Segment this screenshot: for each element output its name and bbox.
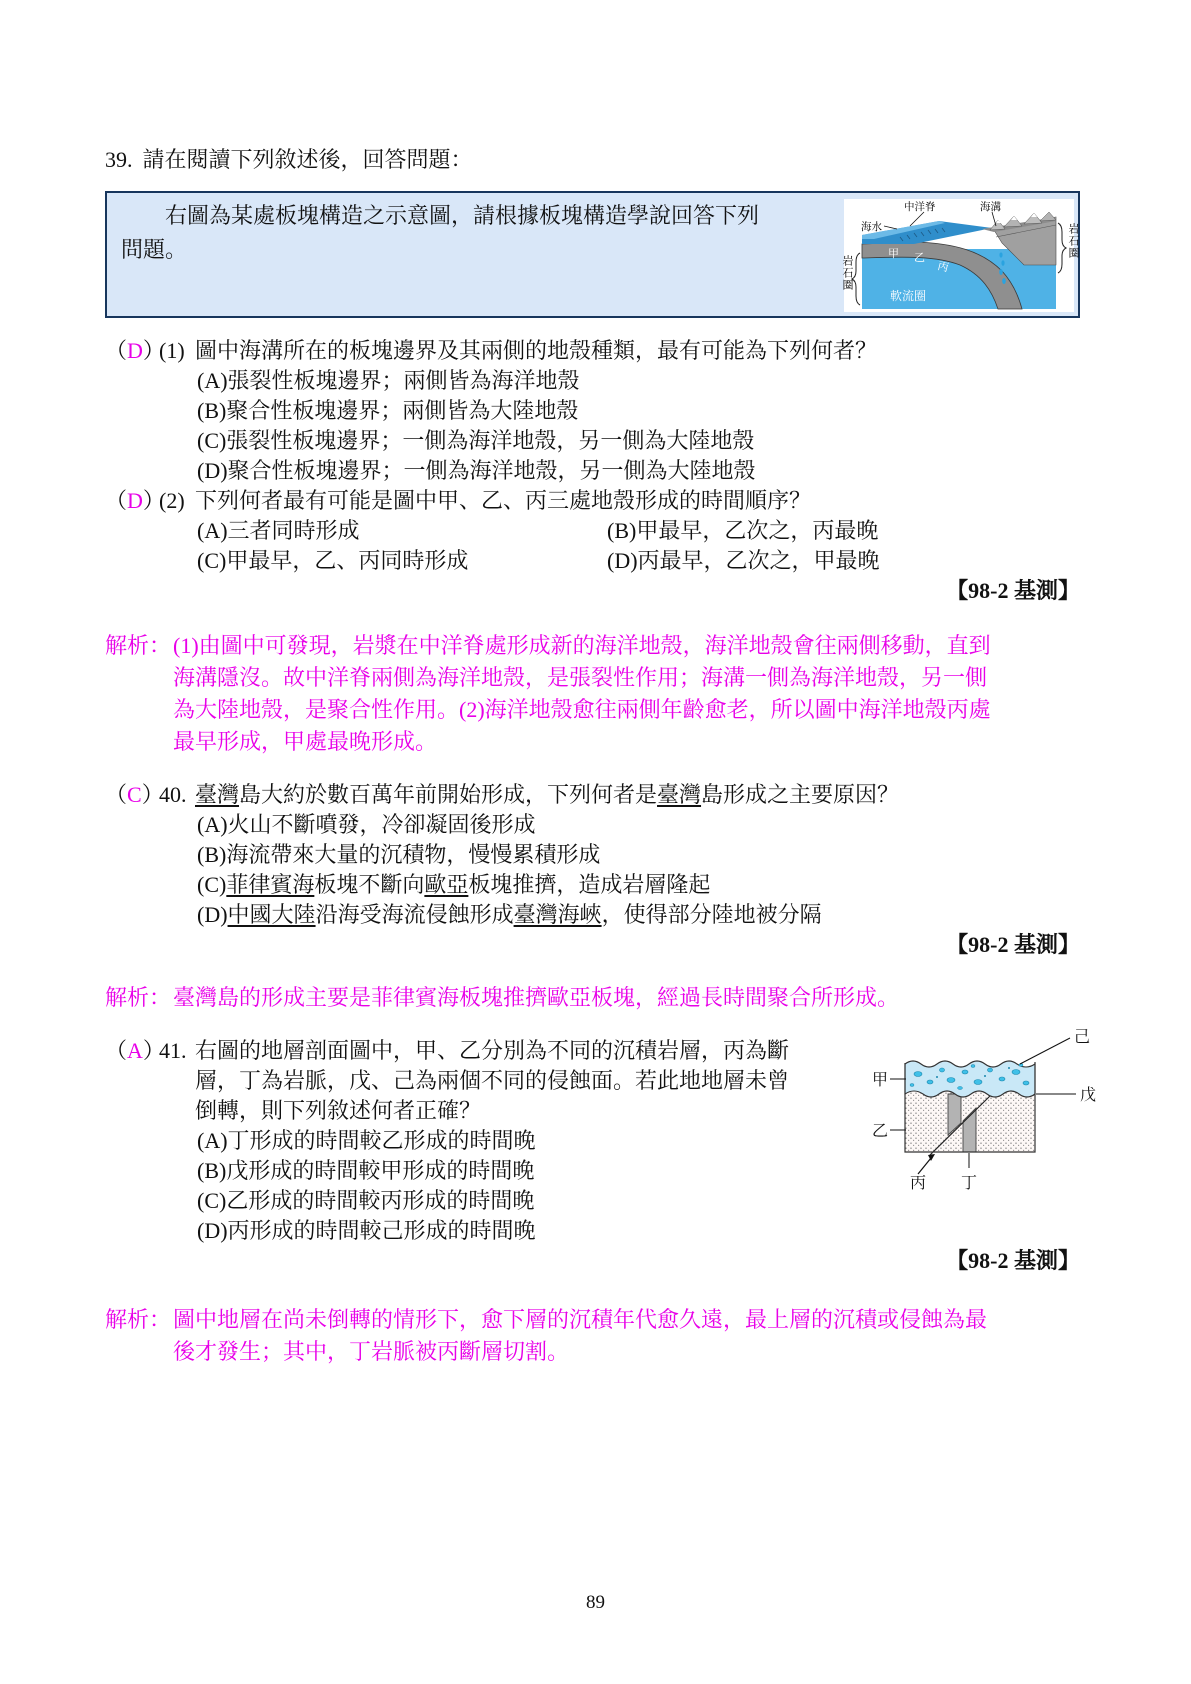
question-39-title: 請在閱讀下列敘述後，回答問題： [143,147,473,172]
analysis-41: 解析： 圖中地層在尚未倒轉的情形下，愈下層的沉積年代愈久遠，最上層的沉積或侵蝕為… [105,1304,1080,1368]
answer-letter: D [127,338,143,363]
analysis-label: 解析： [105,982,173,1014]
answer-badge: （C） [105,780,159,810]
question-39-2: （D） (2) 下列何者最有可能是圖中甲、乙、丙三處地殼形成的時間順序？ (A)… [105,486,1080,576]
option: (B)聚合性板塊邊界；兩側皆為大陸地殼 [197,396,1080,426]
question-41: （A） 41. 右圖的地層剖面圖中，甲、乙分別為不同的沉積岩層，丙為斷層，丁為岩… [105,1036,1080,1246]
question-40-stem-line: （C） 40. 臺灣島大約於數百萬年前開始形成，下列何者是臺灣島形成之主要原因？ [105,780,1080,810]
option: (C)甲最早，乙、丙同時形成 [197,546,607,576]
strata-jia-label: 甲 [872,1071,888,1089]
answer-badge: （A） [105,1036,159,1126]
sub-question-number: (1) [159,336,195,366]
option: (C)張裂性板塊邊界；一側為海洋地殼，另一側為大陸地殼 [197,426,1080,456]
strata-yi-label: 乙 [872,1123,888,1140]
lithosphere-left-label: 岩石圈 [841,255,852,291]
trench-label: 海溝 [980,200,1001,213]
question-39-1-stem-line: （D） (1) 圖中海溝所在的板塊邊界及其兩側的地殼種類，最有可能為下列何者？ [105,336,1080,366]
strata-wu-label: 戊 [1080,1086,1096,1104]
zone-yi-label: 乙 [914,251,925,264]
options-list: (A)張裂性板塊邊界；兩側皆為海洋地殼 (B)聚合性板塊邊界；兩側皆為大陸地殼 … [197,366,1080,486]
analysis-40: 解析： 臺灣島的形成主要是菲律賓海板塊推擠歐亞板塊，經過長時間聚合所形成。 [105,982,1080,1014]
answer-letter: A [127,1038,143,1063]
option: (C)菲律賓海板塊不斷向歐亞板塊推擠，造成岩層隆起 [197,870,1080,900]
exam-page: 39.請在閱讀下列敘述後，回答問題： 右圖為某處板塊構造之示意圖，請根據板塊構造… [0,0,1191,1684]
option: (A)張裂性板塊邊界；兩側皆為海洋地殼 [197,366,1080,396]
question-stem: 圖中海溝所在的板塊邊界及其兩側的地殼種類，最有可能為下列何者？ [195,336,1080,366]
question-number: 41. [159,1036,195,1126]
strata-svg: 甲 乙 己 戊 丙 丁 [830,1022,1120,1192]
options-list: (A)火山不斷噴發，冷卻凝固後形成 (B)海流帶來大量的沉積物，慢慢累積形成 (… [197,810,1080,930]
plate-tectonics-figure: 中洋脊 海溝 海水 甲 乙 丙 軟流圈 岩石圈 岩石圈 [844,199,1074,312]
options-grid: (A)三者同時形成 (B)甲最早，乙次之，丙最晚 (C)甲最早，乙、丙同時形成 … [197,516,1080,576]
question-stem: 右圖的地層剖面圖中，甲、乙分別為不同的沉積岩層，丙為斷層，丁為岩脈，戊、己為兩個… [195,1036,795,1126]
question-40: （C） 40. 臺灣島大約於數百萬年前開始形成，下列何者是臺灣島形成之主要原因？… [105,780,1080,930]
zone-jia-label: 甲 [888,247,899,260]
plate-tectonics-svg: 中洋脊 海溝 海水 甲 乙 丙 軟流圈 [844,199,1074,312]
analysis-text: 臺灣島的形成主要是菲律賓海板塊推擠歐亞板塊，經過長時間聚合所形成。 [173,982,1007,1014]
sub-question-number: (2) [159,486,195,516]
question-39-1: （D） (1) 圖中海溝所在的板塊邊界及其兩側的地殼種類，最有可能為下列何者？ … [105,336,1080,486]
strata-ding-label: 丁 [961,1174,977,1192]
page-number: 89 [0,1592,1191,1614]
answer-letter: C [127,782,142,807]
answer-badge: （D） [105,336,159,366]
analysis-39: 解析： (1)由圖中可發現，岩漿在中洋脊處形成新的海洋地殼，海洋地殼會往兩側移動… [105,630,1080,758]
source-tag: 【98-2 基測】 [105,930,1080,960]
ridge-label: 中洋脊 [904,200,936,213]
option: (D)中國大陸沿海受海流侵蝕形成臺灣海峽，使得部分陸地被分隔 [197,900,1080,930]
answer-badge: （D） [105,486,159,516]
question-39-header: 39.請在閱讀下列敘述後，回答問題： [105,145,1080,175]
source-tag: 【98-2 基測】 [105,576,1080,606]
question-stem: 臺灣島大約於數百萬年前開始形成，下列何者是臺灣島形成之主要原因？ [195,780,1080,810]
analysis-label: 解析： [105,1304,173,1368]
option: (A)火山不斷噴發，冷卻凝固後形成 [197,810,1080,840]
question-stem: 下列何者最有可能是圖中甲、乙、丙三處地殼形成的時間順序？ [195,486,1080,516]
option: (D)丙形成的時間較己形成的時間晚 [197,1216,1080,1246]
question-39-number: 39. [105,147,133,172]
seawater-label: 海水 [861,220,882,233]
reading-passage-box: 右圖為某處板塊構造之示意圖，請根據板塊構造學說回答下列問題。 [105,191,1080,318]
strata-cross-section-figure: 甲 乙 己 戊 丙 丁 [830,1022,1120,1192]
option: (D)聚合性板塊邊界；一側為海洋地殼，另一側為大陸地殼 [197,456,1080,486]
question-39-2-stem-line: （D） (2) 下列何者最有可能是圖中甲、乙、丙三處地殼形成的時間順序？ [105,486,1080,516]
asthenosphere-label: 軟流圈 [890,288,926,303]
option: (B)海流帶來大量的沉積物，慢慢累積形成 [197,840,1080,870]
passage-text: 右圖為某處板塊構造之示意圖，請根據板塊構造學說回答下列問題。 [121,199,773,312]
option: (A)三者同時形成 [197,516,607,546]
strata-ji-label: 己 [1074,1028,1090,1046]
option: (D)丙最早，乙次之，甲最晚 [607,546,1080,576]
lithosphere-right-label: 岩石圈 [1067,223,1078,259]
analysis-text: (1)由圖中可發現，岩漿在中洋脊處形成新的海洋地殼，海洋地殼會往兩側移動，直到海… [173,630,1007,758]
analysis-text: 圖中地層在尚未倒轉的情形下，愈下層的沉積年代愈久遠，最上層的沉積或侵蝕為最後才發… [173,1304,1007,1368]
option: (B)甲最早，乙次之，丙最晚 [607,516,1080,546]
question-number: 40. [159,780,195,810]
answer-letter: D [127,488,143,513]
analysis-label: 解析： [105,630,173,758]
strata-bing-label: 丙 [910,1174,926,1192]
source-tag: 【98-2 基測】 [105,1246,1080,1276]
